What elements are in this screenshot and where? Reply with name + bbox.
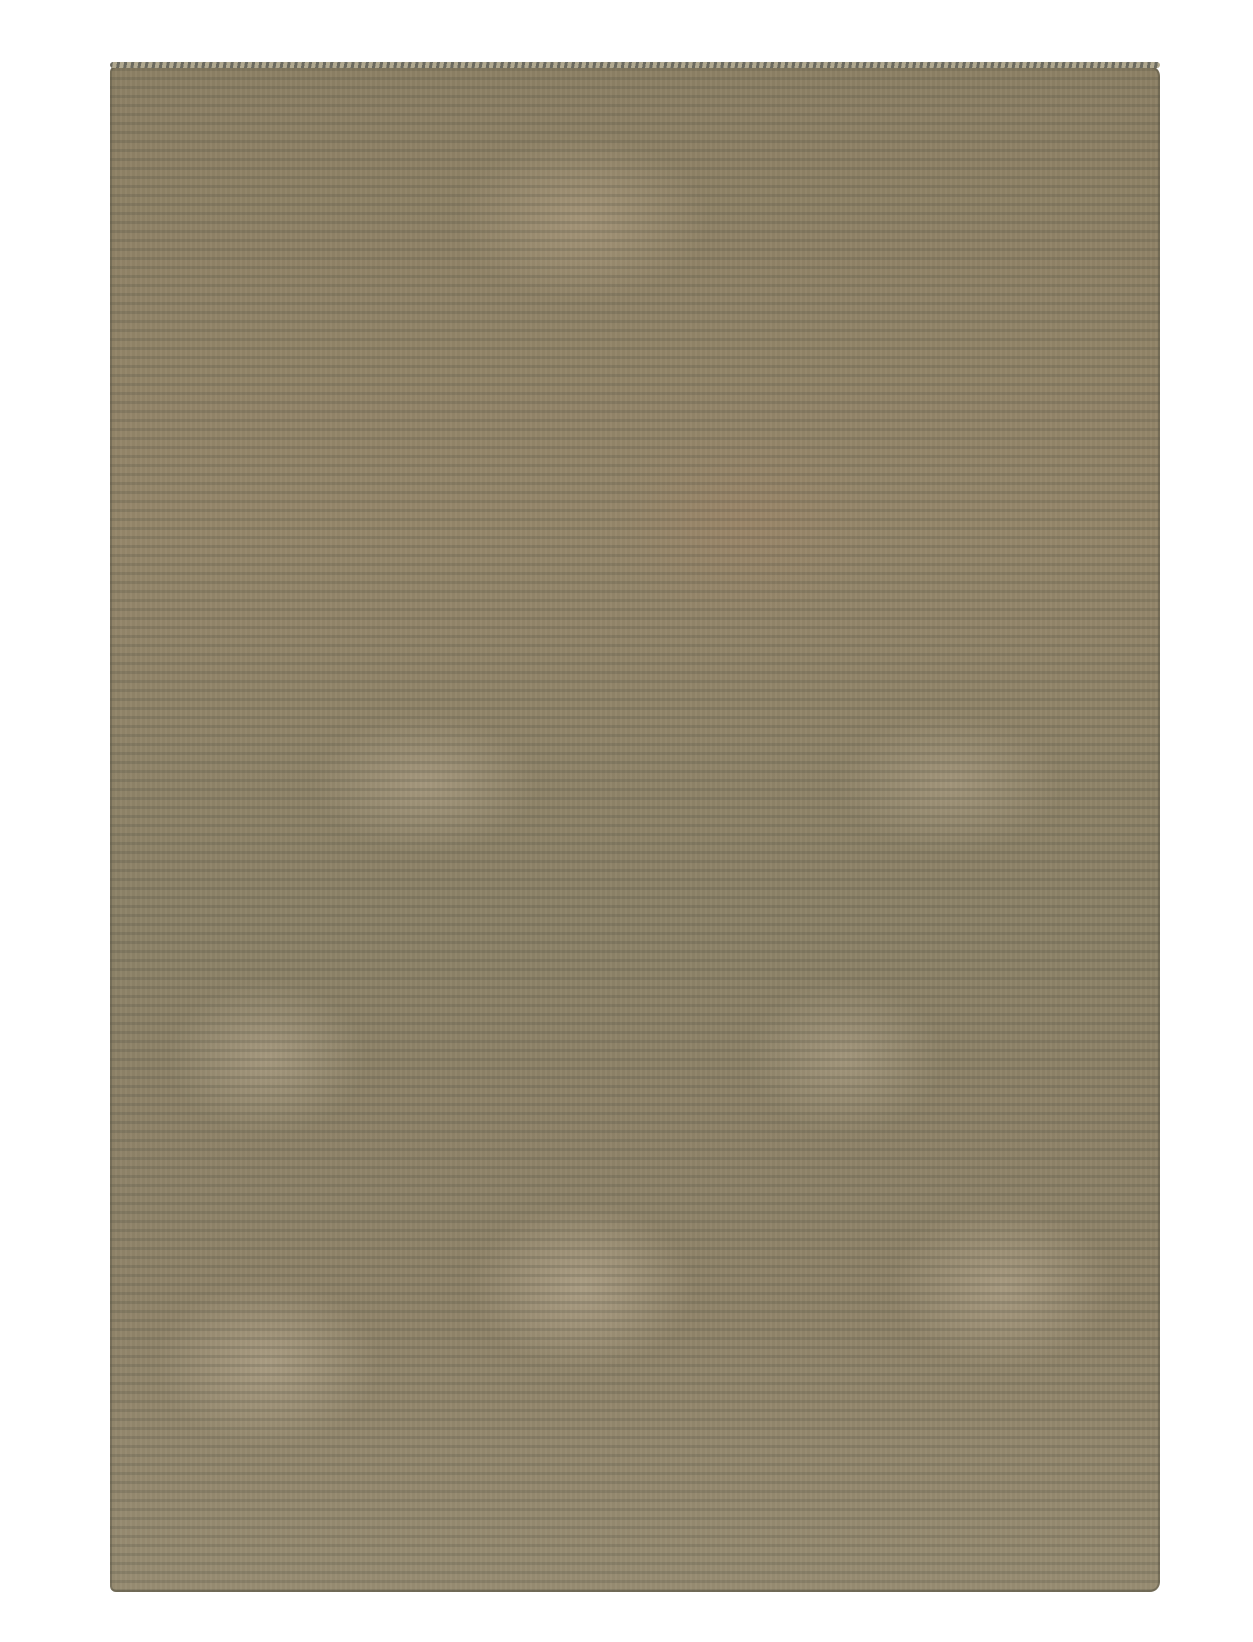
- rug-top-edge-fringe: [110, 62, 1160, 68]
- rug: [110, 66, 1160, 1592]
